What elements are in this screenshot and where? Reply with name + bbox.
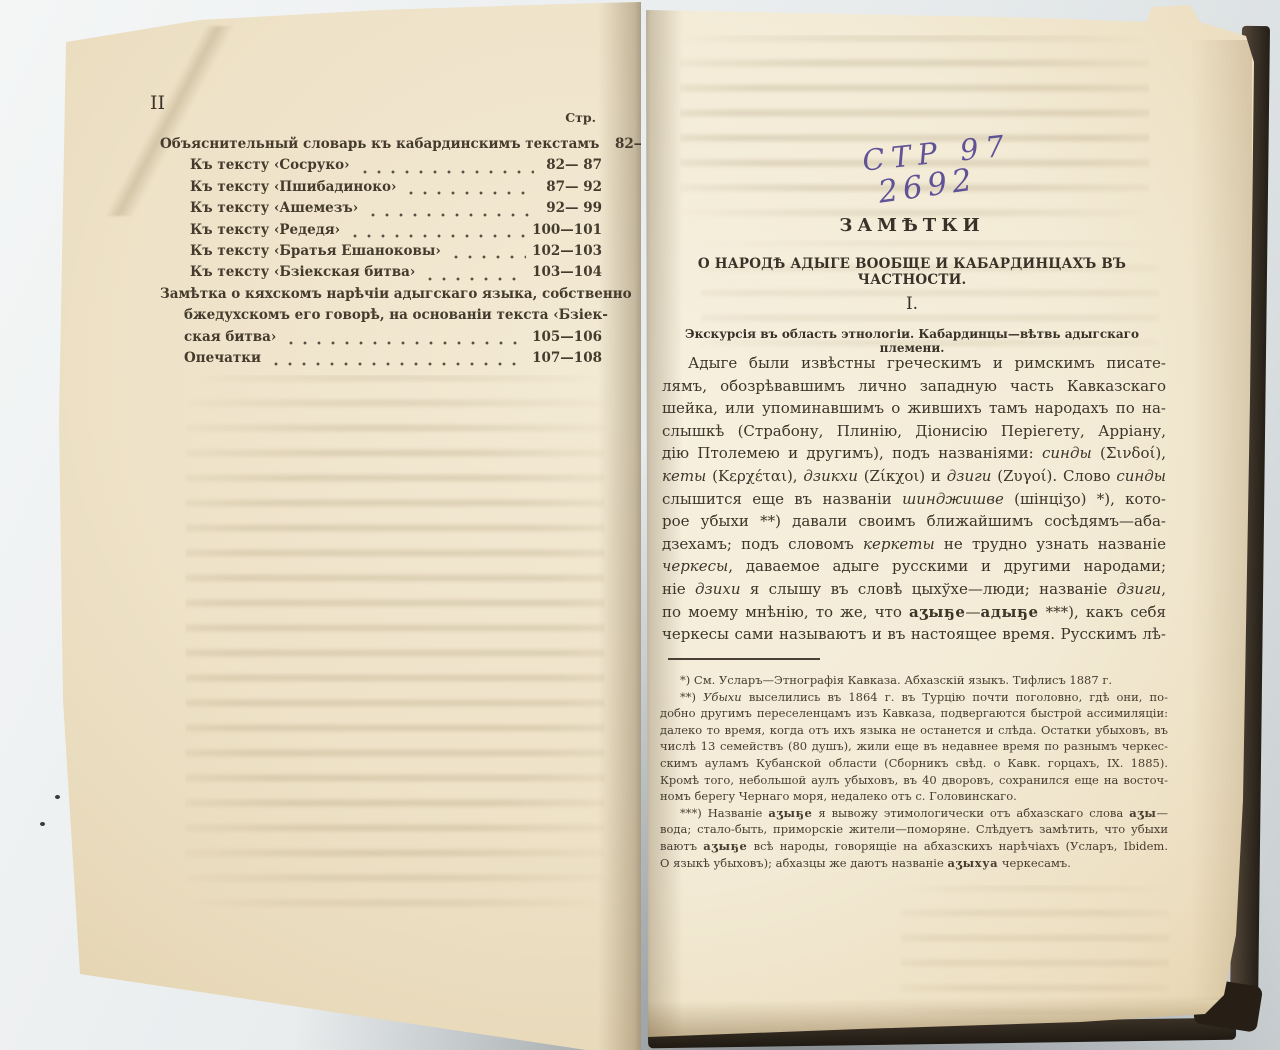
body-line: ніе дзихи я слышу въ словѣ цыхўхе—люди; … [662, 578, 1166, 601]
footnote-line: далеко то время, когда отъ ихъ языка не … [660, 722, 1168, 739]
toc-entry-label: Опечатки [160, 350, 261, 366]
toc-entry-pages: 102—103 [532, 243, 602, 259]
toc-entry: Къ тексту ‹Бзіекская битва›103—104 [160, 264, 602, 285]
toc-entry: Къ тексту ‹Редедя›100—101 [160, 222, 602, 243]
toc-entry-pages: 100—101 [532, 222, 602, 238]
dust-speck [40, 822, 45, 826]
toc-entry: Объяснительный словарь къ кабардинскимъ … [160, 136, 602, 157]
toc-entry-pages: 87— 92 [540, 179, 602, 195]
toc-entry-pages: 103—104 [532, 264, 602, 280]
toc-entry: Къ тексту ‹Пшибадиноко›87— 92 [160, 179, 602, 200]
body-line: кеты (Κερχέται), дзикхи (Ζίκχοι) и дзиги… [662, 465, 1166, 488]
body-line: дзехамъ; подъ словомъ керкеты не трудно … [662, 533, 1166, 556]
section-number: I. [660, 294, 1164, 314]
footnote-line: добно другимъ переселенцамъ изъ Кавказа,… [660, 705, 1168, 722]
footnote-line: скимъ ауламъ Кубанской области (Сборникъ… [660, 755, 1168, 772]
chapter-title: ЗАМѢТКИ [660, 215, 1164, 236]
footnote-rule [668, 658, 820, 660]
body-line: шейка, или упоминавшимъ о жившихъ тамъ н… [662, 397, 1166, 420]
dot-leader [269, 361, 526, 367]
dot-leader [366, 212, 534, 218]
footnote-line: **) Убыхи выселились въ 1864 г. въ Турці… [660, 689, 1168, 706]
toc-entry-label: Къ тексту ‹Пшибадиноко› [160, 179, 396, 195]
body-line: слышится еще въ названіи шинджишве (шінц… [662, 488, 1166, 511]
footnote-line: числѣ 13 семействъ (80 душъ), жили еще в… [660, 738, 1168, 755]
body-text: Адыге были извѣстны греческимъ и римским… [662, 352, 1166, 646]
footnote-line: ваютъ аӡыҕе всѣ народы, говорящіе на абх… [660, 838, 1168, 855]
dot-leader [404, 190, 534, 196]
show-through-text [900, 885, 1170, 1015]
toc-entry: Къ тексту ‹Ашемезъ›92— 99 [160, 200, 602, 221]
toc-entry: Къ тексту ‹Сосруко›82— 87 [160, 157, 602, 178]
show-through-text [185, 375, 605, 910]
table-of-contents: Стр. Объяснительный словарь къ кабардинс… [160, 110, 602, 371]
footnotes: *) См. Усларъ—Этнографія Кавказа. Абхазс… [660, 672, 1168, 871]
toc-entry: Опечатки107—108 [160, 350, 602, 371]
toc-entry-label: Къ тексту ‹Сосруко› [160, 157, 350, 173]
body-line: черкесы сами называютъ и въ настоящее вр… [662, 623, 1166, 646]
toc-entry-label: ская битва› [160, 329, 276, 345]
toc-entry-label: бжедухскомъ его говорѣ, на основаніи тек… [160, 307, 608, 323]
toc-entry-label: Замѣтка о кяхскомъ нарѣчіи адыгскаго язы… [160, 286, 632, 302]
toc-entry-label: Къ тексту ‹Братья Ешаноковы› [160, 243, 441, 259]
dot-leader [358, 169, 534, 175]
body-line: лямъ, обозрѣвавшимъ лично западную часть… [662, 375, 1166, 398]
body-line: по моему мнѣнію, то же, что аӡыҕе—адыҕе … [662, 601, 1166, 624]
toc-entry-label: Къ тексту ‹Ашемезъ› [160, 200, 358, 216]
toc-entry: Къ тексту ‹Братья Ешаноковы›102—103 [160, 243, 602, 264]
dot-leader [348, 233, 526, 239]
dust-speck [55, 795, 60, 799]
footnote-line: вода; стало-быть, приморскіе жители—помо… [660, 821, 1168, 838]
toc-entry: бжедухскомъ его говорѣ, на основаніи тек… [160, 307, 602, 328]
body-line: дію Птолемею и другимъ), подъ названіями… [662, 442, 1166, 465]
toc-entry-label: Къ тексту ‹Редедя› [160, 222, 340, 238]
toc-entry-label: Къ тексту ‹Бзіекская битва› [160, 264, 415, 280]
footnote-line: ***) Названіе аӡыҕе я вывожу этимологиче… [660, 805, 1168, 822]
footnote-line: О языкѣ убыховъ); абхазцы же даютъ назва… [660, 855, 1168, 872]
footnote-line: *) См. Усларъ—Этнографія Кавказа. Абхазс… [660, 672, 1168, 689]
toc-entry-pages: 92— 99 [540, 200, 602, 216]
book-photo: II Стр. Объяснительный словарь къ кабард… [0, 0, 1280, 1050]
footnote-line: Кромѣ того, небольшой аулъ убыховъ, въ 4… [660, 772, 1168, 789]
toc-entry: ская битва›105—106 [160, 329, 602, 350]
dot-leader [423, 276, 526, 282]
body-line: Адыге были извѣстны греческимъ и римским… [662, 352, 1166, 375]
dot-leader [284, 340, 526, 346]
body-line: черкесы, даваемое адыге русскими и други… [662, 555, 1166, 578]
body-line: рое убыхи **) давали своимъ ближайшимъ с… [662, 510, 1166, 533]
section-caption: Экскурсія въ область этнологіи. Кабардин… [660, 327, 1164, 355]
toc-entry-pages: 82— 87 [540, 157, 602, 173]
toc-entry-pages: 105—106 [532, 329, 602, 345]
footnote-line: номъ берегу Чернаго моря, недалеко отъ с… [660, 788, 1168, 805]
toc-column-header: Стр. [160, 110, 602, 136]
dot-leader [449, 254, 526, 260]
chapter-subtitle: О НАРОДѢ АДЫГЕ ВООБЩЕ И КАБАРДИНЦАХЪ ВЪ … [660, 256, 1164, 288]
toc-entry: Замѣтка о кяхскомъ нарѣчіи адыгскаго язы… [160, 286, 602, 307]
body-line: слышкѣ (Страбону, Плинію, Діонисію Періе… [662, 420, 1166, 443]
toc-entry-label: Объяснительный словарь къ кабардинскимъ … [160, 136, 599, 152]
toc-entry-pages: 107—108 [532, 350, 602, 366]
